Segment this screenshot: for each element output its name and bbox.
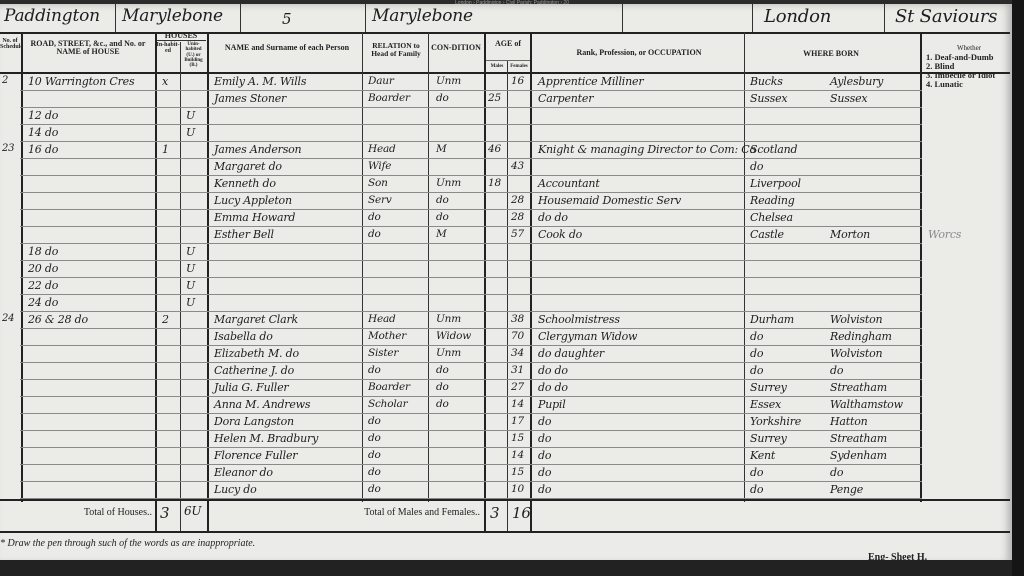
row-rule	[20, 209, 922, 210]
row-occupation: Schoolmistress	[538, 313, 620, 326]
row-born-county: do	[750, 483, 763, 496]
scan-edge	[0, 560, 1024, 576]
row-name: Lucy do	[214, 483, 257, 496]
row-name: James Anderson	[214, 143, 301, 156]
row-relation: Son	[368, 177, 388, 189]
row-inhabited: 1	[162, 143, 169, 156]
row-occupation: Pupil	[538, 398, 566, 411]
col-inhabited: In-habit-ed	[156, 42, 180, 55]
row-born-place: do	[830, 466, 843, 479]
row-relation: do	[368, 483, 381, 495]
ward: 5	[282, 10, 291, 28]
municipal-borough: Marylebone	[122, 6, 223, 26]
row-occupation: Knight & managing Director to Com: Co	[538, 143, 756, 156]
row-born-county: do	[750, 364, 763, 377]
row-born-place: Aylesbury	[830, 75, 883, 88]
row-relation: Daur	[368, 75, 394, 87]
divider	[0, 72, 1010, 74]
row-rule	[20, 294, 922, 295]
row-relation: Head	[368, 143, 396, 155]
row-uninhabited: U	[186, 279, 195, 292]
row-rule	[20, 396, 922, 397]
col-where-born: WHERE BORN	[746, 50, 916, 58]
row-name: Elizabeth M. do	[214, 347, 299, 360]
row-uninhabited: U	[186, 109, 195, 122]
row-rule	[20, 379, 922, 380]
row-born-county: Yorkshire	[750, 415, 801, 428]
col-males: Males	[486, 64, 508, 69]
divider	[240, 4, 241, 32]
row-relation: Mother	[368, 330, 406, 342]
divider	[428, 32, 429, 502]
row-occupation: Cook do	[538, 228, 582, 241]
row-uninhabited: U	[186, 126, 195, 139]
col-road: ROAD, STREET, &c., and No. or NAME of HO…	[24, 40, 152, 57]
census-page: Paddington Marylebone 5 Marylebone Londo…	[0, 4, 1014, 564]
row-name: Florence Fuller	[214, 449, 297, 462]
row-relation: do	[368, 211, 381, 223]
row-age-female: 43	[511, 160, 524, 172]
row-name: Julia G. Fuller	[214, 381, 289, 394]
row-born-county: do	[750, 347, 763, 360]
scan-edge	[1012, 0, 1024, 576]
row-age-male: 25	[488, 92, 501, 104]
footnote: * Draw the pen through such of the words…	[0, 538, 255, 549]
row-age-female: 28	[511, 211, 524, 223]
row-road: 16 do	[28, 143, 58, 156]
row-relation: do	[368, 449, 381, 461]
row-condition: do	[436, 211, 449, 223]
county: London	[764, 6, 831, 27]
col-houses: HOUSES	[156, 32, 206, 41]
row-occupation: Carpenter	[538, 92, 593, 105]
row-born-county: Essex	[750, 398, 781, 411]
divider	[752, 4, 753, 32]
row-rule	[20, 277, 922, 278]
row-born-place: Redingham	[830, 330, 892, 343]
row-born-place: Penge	[830, 483, 863, 496]
divider	[21, 32, 23, 502]
totals-males: 3	[490, 504, 499, 522]
col-condition: CON-DITION	[430, 44, 482, 52]
totals-houses-label: Total of Houses..	[30, 508, 152, 519]
row-born-county: Scotland	[750, 143, 797, 156]
infirmity-legend: Whether 1. Deaf-and-Dumb 2. Blind 3. Imb…	[926, 44, 1012, 89]
row-name: Emily A. M. Wills	[214, 75, 306, 88]
divider	[884, 4, 885, 32]
row-age-female: 27	[511, 381, 524, 393]
row-condition: Unm	[436, 177, 461, 189]
row-name: Margaret Clark	[214, 313, 298, 326]
col-age: AGE of	[486, 40, 530, 48]
divider	[115, 4, 116, 32]
row-road: 12 do	[28, 109, 58, 122]
row-name: Dora Langston	[214, 415, 294, 428]
row-road: 20 do	[28, 262, 58, 275]
row-relation: do	[368, 432, 381, 444]
divider	[744, 32, 745, 502]
row-name: Lucy Appleton	[214, 194, 292, 207]
divider	[0, 32, 1010, 34]
row-name: Catherine J. do	[214, 364, 294, 377]
row-rule	[20, 175, 922, 176]
row-condition: Widow	[436, 330, 471, 342]
row-relation: do	[368, 466, 381, 478]
divider	[920, 32, 922, 502]
row-occupation: Accountant	[538, 177, 600, 190]
row-rule	[20, 481, 922, 482]
row-condition: do	[436, 364, 449, 376]
row-name: Esther Bell	[214, 228, 274, 241]
row-condition: do	[436, 92, 449, 104]
row-relation: Boarder	[368, 92, 410, 104]
divider	[0, 499, 1010, 501]
row-road: 22 do	[28, 279, 58, 292]
row-rule	[20, 124, 922, 125]
row-schedule: 23	[2, 143, 14, 154]
row-born-place: Sussex	[830, 92, 867, 105]
row-born-place: Hatton	[830, 415, 868, 428]
row-relation: Scholar	[368, 398, 407, 410]
row-age-female: 15	[511, 432, 524, 444]
divider	[622, 4, 623, 32]
row-occupation: do	[538, 466, 551, 479]
divider	[507, 60, 508, 532]
row-rule	[20, 158, 922, 159]
row-age-female: 14	[511, 449, 524, 461]
row-rule	[20, 413, 922, 414]
totals-houses-uninhabited: 6U	[184, 504, 201, 518]
row-born-county: Liverpool	[750, 177, 801, 190]
row-road: 26 & 28 do	[28, 313, 88, 326]
row-name: Isabella do	[214, 330, 273, 343]
row-born-county: Surrey	[750, 432, 787, 445]
row-born-county: Durham	[750, 313, 794, 326]
totals-persons-label: Total of Males and Females..	[300, 508, 480, 519]
row-born-place: Sydenham	[830, 449, 887, 462]
row-born-county: Kent	[750, 449, 775, 462]
row-occupation: do do	[538, 211, 568, 224]
row-age-female: 31	[511, 364, 524, 376]
row-age-female: 57	[511, 228, 524, 240]
row-born-county: do	[750, 466, 763, 479]
district: St Saviours	[895, 6, 997, 27]
row-inhabited: x	[162, 75, 168, 88]
row-condition: M	[436, 228, 447, 240]
row-born-place: Streatham	[830, 432, 887, 445]
row-born-county: Surrey	[750, 381, 787, 394]
row-relation: do	[368, 364, 381, 376]
divider	[486, 60, 530, 61]
row-uninhabited: U	[186, 262, 195, 275]
row-name: James Stoner	[214, 92, 286, 105]
row-name: Emma Howard	[214, 211, 295, 224]
row-age-female: 15	[511, 466, 524, 478]
row-condition: do	[436, 381, 449, 393]
row-born-place: Streatham	[830, 381, 887, 394]
row-born-county: Bucks	[750, 75, 783, 88]
totals-females: 16	[512, 504, 531, 522]
row-relation: Boarder	[368, 381, 410, 393]
row-rule	[20, 192, 922, 193]
row-occupation: do daughter	[538, 347, 604, 360]
row-rule	[20, 447, 922, 448]
col-females: Females	[508, 64, 530, 69]
col-schedule: No. of Schedule	[0, 38, 20, 51]
row-rule	[20, 141, 922, 142]
row-name: Anna M. Andrews	[214, 398, 310, 411]
row-age-female: 70	[511, 330, 524, 342]
row-rule	[20, 328, 922, 329]
divider	[0, 531, 1010, 533]
row-born-county: do	[750, 330, 763, 343]
row-born-place: do	[830, 364, 843, 377]
row-name: Helen M. Bradbury	[214, 432, 318, 445]
row-relation: Wife	[368, 160, 391, 172]
row-occupation: do	[538, 432, 551, 445]
row-occupation: Housemaid Domestic Serv	[538, 194, 681, 207]
row-age-female: 17	[511, 415, 524, 427]
row-age-female: 38	[511, 313, 524, 325]
row-age-female: 34	[511, 347, 524, 359]
row-born-place: Walthamstow	[830, 398, 903, 411]
row-born-place: Wolviston	[830, 313, 882, 326]
row-occupation: do	[538, 415, 551, 428]
row-occupation: do do	[538, 364, 568, 377]
col-name: NAME and Surname of each Person	[212, 44, 362, 52]
row-schedule: 24	[2, 313, 14, 324]
row-born-county: Sussex	[750, 92, 787, 105]
row-rule	[20, 464, 922, 465]
row-name: Kenneth do	[214, 177, 276, 190]
row-rule	[20, 90, 922, 91]
row-occupation: do do	[538, 381, 568, 394]
row-occupation: Clergyman Widow	[538, 330, 637, 343]
col-relation: RELATION to Head of Family	[364, 42, 428, 58]
row-road: 10 Warrington Cres	[28, 75, 134, 88]
divider	[365, 4, 366, 32]
row-age-male: 46	[488, 143, 501, 155]
row-relation: Serv	[368, 194, 392, 206]
row-condition: do	[436, 398, 449, 410]
row-schedule: 2	[2, 75, 8, 86]
row-condition: Unm	[436, 347, 461, 359]
row-condition: do	[436, 194, 449, 206]
totals-houses-inhabited: 3	[160, 504, 169, 522]
row-road: 14 do	[28, 126, 58, 139]
row-road: 18 do	[28, 245, 58, 258]
row-occupation: Apprentice Milliner	[538, 75, 643, 88]
col-occupation: Rank, Profession, or OCCUPATION	[534, 49, 744, 57]
divider	[180, 42, 181, 532]
row-uninhabited: U	[186, 245, 195, 258]
row-road: 24 do	[28, 296, 58, 309]
row-condition: Unm	[436, 313, 461, 325]
row-born-county: Chelsea	[750, 211, 793, 224]
row-relation: do	[368, 415, 381, 427]
row-relation: Sister	[368, 347, 398, 359]
row-rule	[20, 226, 922, 227]
row-rule	[20, 362, 922, 363]
row-infirmity: Worcs	[928, 228, 961, 241]
row-born-place: Morton	[830, 228, 870, 241]
row-age-female: 14	[511, 398, 524, 410]
row-rule	[20, 243, 922, 244]
row-condition: M	[436, 143, 447, 155]
row-age-female: 16	[511, 75, 524, 87]
row-relation: do	[368, 228, 381, 240]
row-name: Eleanor do	[214, 466, 273, 479]
row-rule	[20, 311, 922, 312]
row-born-place: Wolviston	[830, 347, 882, 360]
row-occupation: do	[538, 483, 551, 496]
row-rule	[20, 260, 922, 261]
col-uninhabited: Unin-habited (U.) or Building (B.)	[181, 42, 206, 68]
civil-parish: Paddington	[4, 6, 100, 26]
row-born-county: Reading	[750, 194, 795, 207]
row-rule	[20, 107, 922, 108]
row-occupation: do	[538, 449, 551, 462]
row-inhabited: 2	[162, 313, 169, 326]
divider	[362, 32, 363, 502]
row-born-county: do	[750, 160, 763, 173]
row-relation: Head	[368, 313, 396, 325]
row-rule	[20, 345, 922, 346]
row-name: Margaret do	[214, 160, 282, 173]
row-age-female: 28	[511, 194, 524, 206]
row-born-county: Castle	[750, 228, 784, 241]
row-condition: Unm	[436, 75, 461, 87]
row-uninhabited: U	[186, 296, 195, 309]
row-rule	[20, 430, 922, 431]
row-age-male: 18	[488, 177, 501, 189]
infirmity-option: 4. Lunatic	[926, 80, 1012, 89]
parliamentary-borough: Marylebone	[372, 6, 473, 26]
row-age-female: 10	[511, 483, 524, 495]
